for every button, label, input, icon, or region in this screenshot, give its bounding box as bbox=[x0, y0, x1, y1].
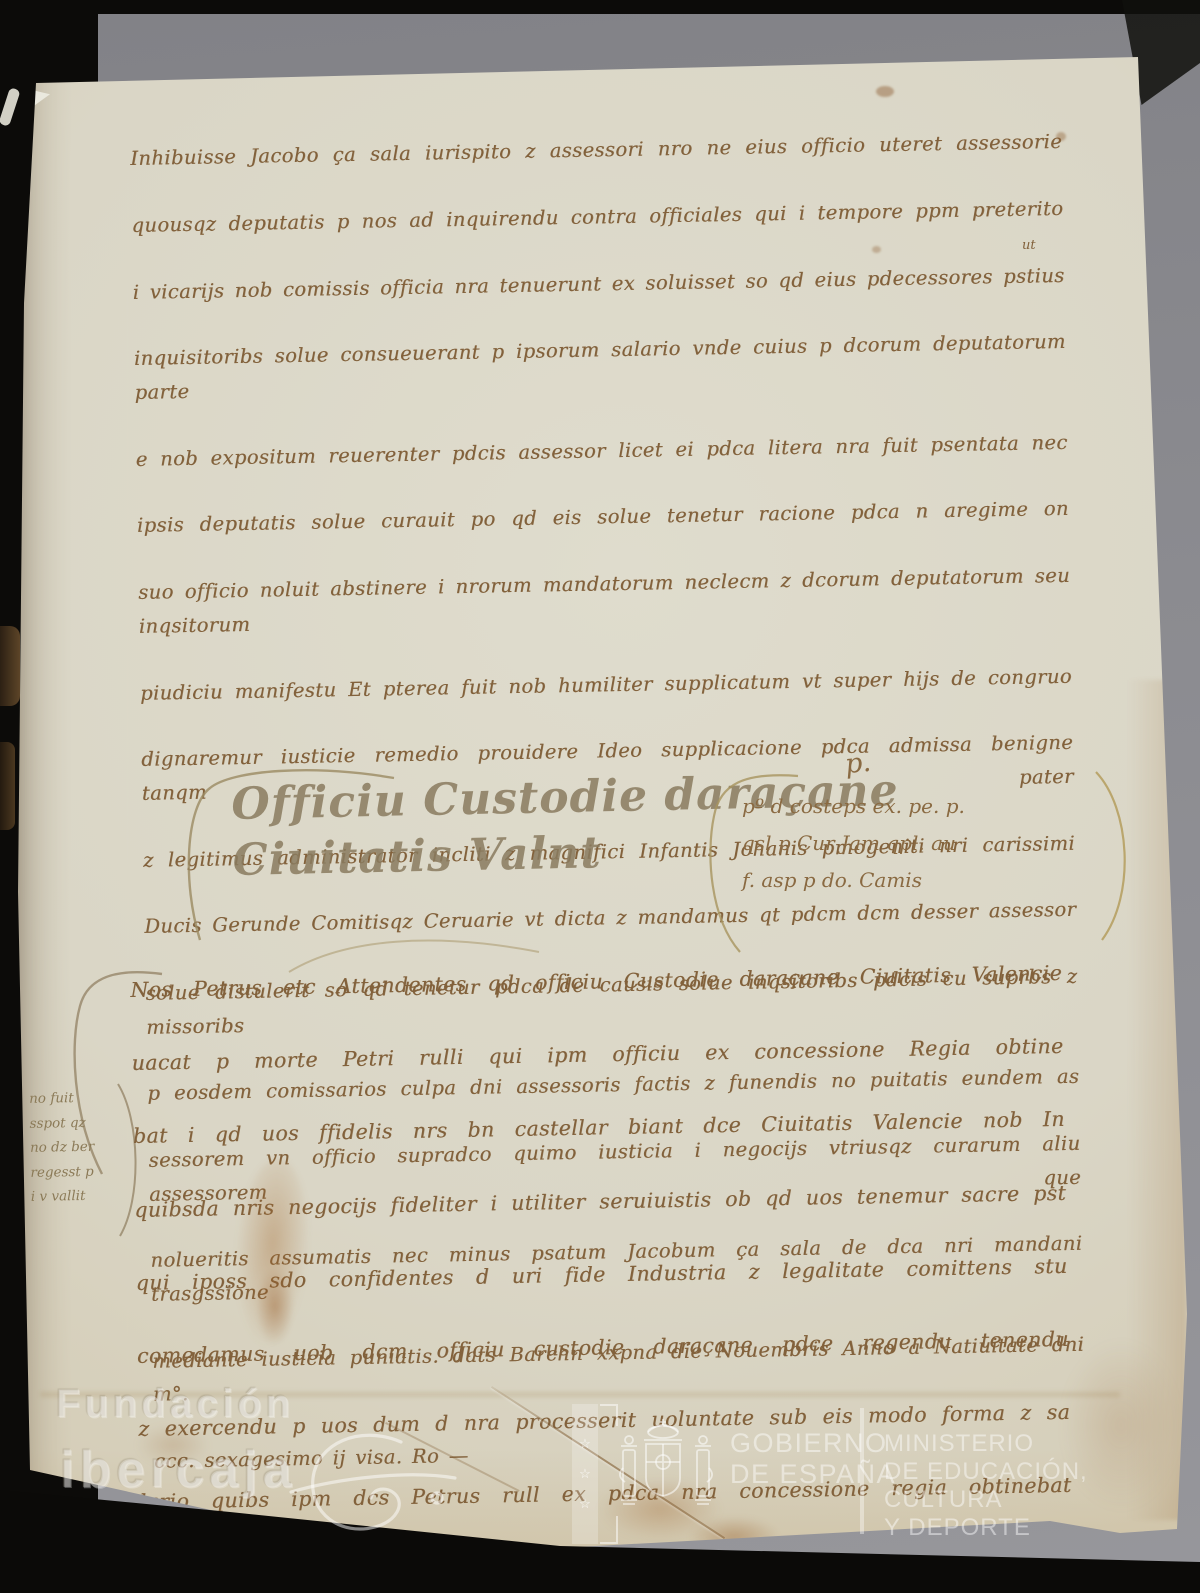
gobierno-watermark: GOBIERNO DE ESPAÑA bbox=[730, 1428, 896, 1490]
page-corner-curl bbox=[14, 84, 50, 114]
spain-coat-of-arms-icon bbox=[618, 1416, 714, 1532]
binding-thread bbox=[0, 87, 21, 127]
star-icon: ☆ bbox=[579, 1496, 591, 1512]
note-line: f. asp p do. Camis bbox=[742, 862, 1042, 899]
speck bbox=[876, 86, 894, 97]
frame-corner-mark bbox=[600, 1404, 618, 1426]
text-line: suo officio noluit abstinere i nrorum ma… bbox=[138, 559, 1072, 676]
text-line: inquisitoribs solue consueuerant p ipsor… bbox=[134, 325, 1068, 442]
manuscript-scan: xviij° ut Inhibuisse Jacobo ça sala iuri… bbox=[0, 0, 1200, 1593]
ministerio-line: Y DEPORTE bbox=[884, 1514, 1200, 1542]
star-icon: ☆ bbox=[579, 1436, 591, 1452]
manuscript-page: xviij° ut Inhibuisse Jacobo ça sala iuri… bbox=[0, 0, 1200, 1593]
ministerio-line: DE EDUCACIÓN, CULTURA bbox=[884, 1458, 1200, 1514]
binding-scrap bbox=[0, 626, 20, 706]
gobierno-line: GOBIERNO bbox=[730, 1428, 896, 1459]
ministerio-line: MINISTERIO bbox=[884, 1430, 1200, 1458]
side-note-mark: p. bbox=[843, 747, 872, 781]
note-line: pº d costeps ex. pe. p. bbox=[742, 788, 1042, 825]
eu-stars-bar: ☆ ☆ ☆ bbox=[572, 1404, 598, 1544]
binding-scrap bbox=[0, 742, 15, 830]
ibercaja-watermark-line2: ibercaja bbox=[60, 1440, 297, 1500]
registration-note: pº d costeps ex. pe. p. qsl p Cur Jam qp… bbox=[742, 788, 1042, 899]
frame-corner-mark bbox=[600, 1516, 618, 1544]
watermark-divider bbox=[860, 1408, 864, 1534]
ibercaja-logo-icon bbox=[288, 1428, 460, 1543]
gobierno-line: DE ESPAÑA bbox=[730, 1459, 896, 1490]
note-line: qsl p Cur Jam qpl. au bbox=[742, 825, 1042, 862]
ministerio-watermark: MINISTERIO DE EDUCACIÓN, CULTURA Y DEPOR… bbox=[884, 1430, 1200, 1542]
ibercaja-watermark-line1: Fundación bbox=[56, 1382, 294, 1427]
star-icon: ☆ bbox=[579, 1466, 591, 1482]
